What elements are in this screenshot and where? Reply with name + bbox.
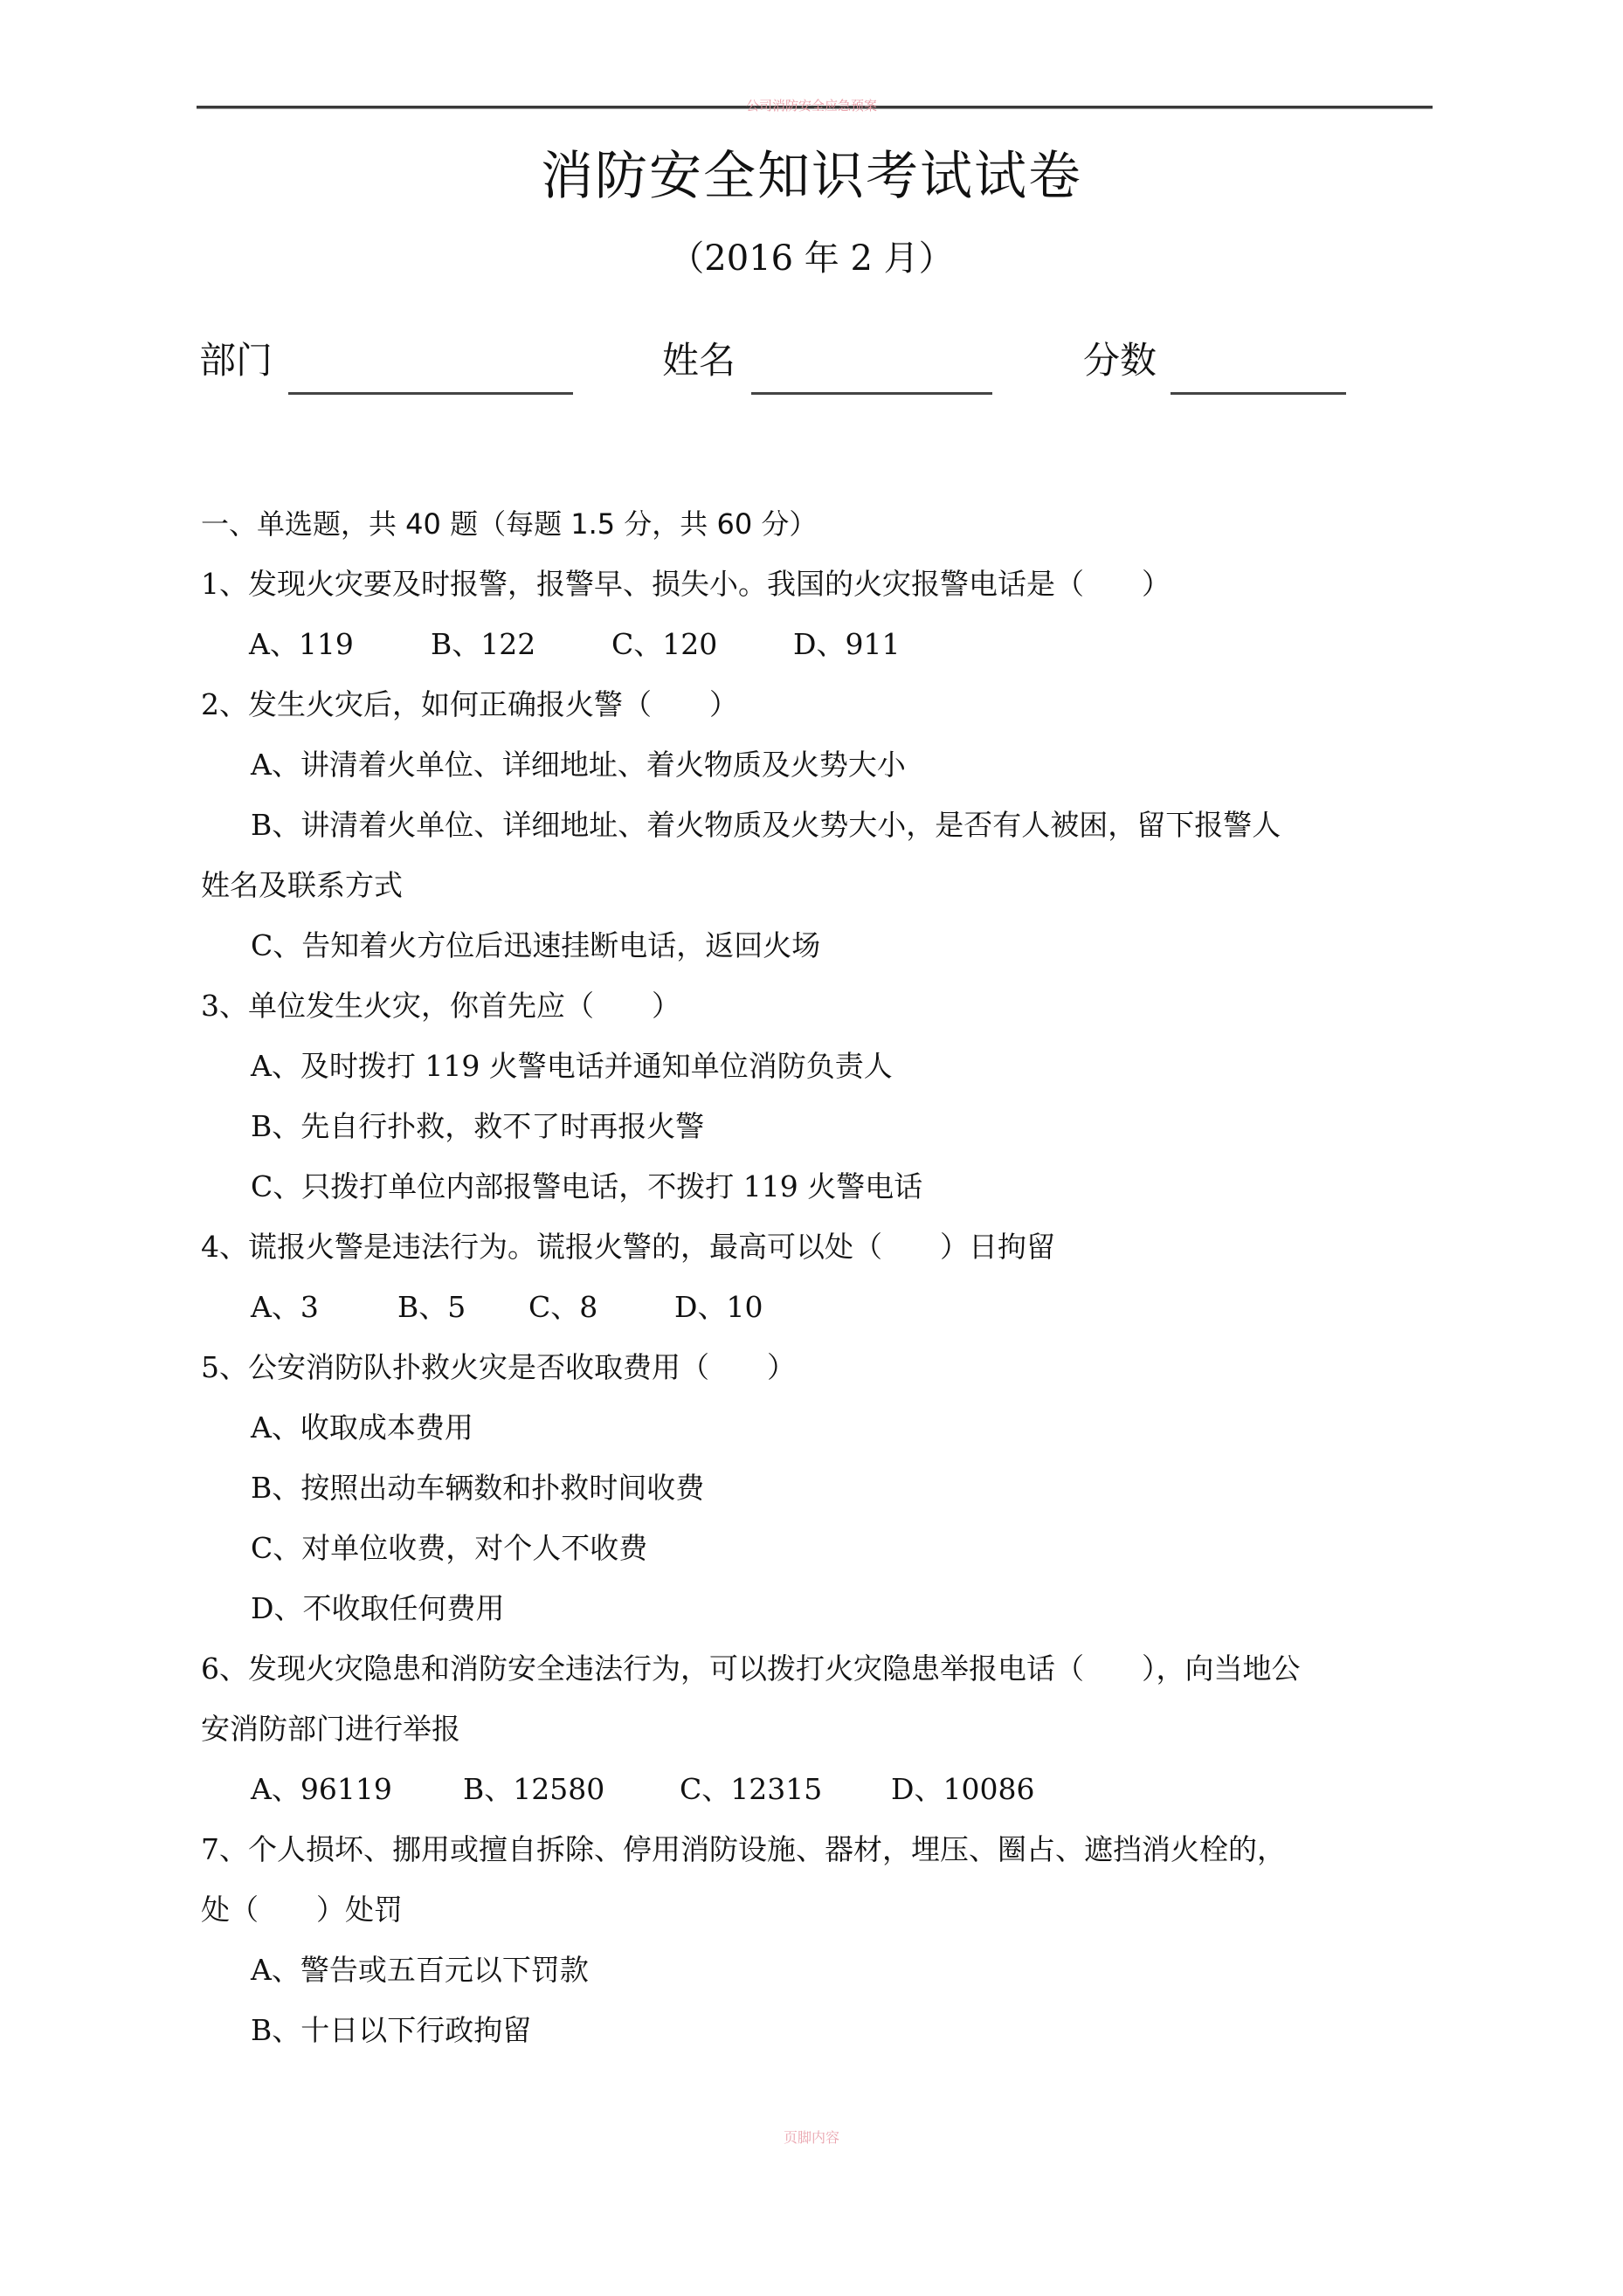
running-footer: 页脚内容	[0, 2128, 1623, 2148]
option-a: A、119	[249, 625, 354, 664]
option-b: B、5	[397, 1288, 466, 1327]
page-subtitle: （2016 年 2 月）	[0, 234, 1623, 283]
name-input-line[interactable]	[751, 392, 992, 395]
option-c: C、12315	[680, 1770, 822, 1809]
score-label: 分数	[1083, 336, 1157, 385]
option-c: C、只拨打单位内部报警电话，不拨打 119 火警电话	[251, 1168, 922, 1206]
question-1: 1、发现火灾要及时报警，报警早、损失小。我国的火灾报警电话是（ ）	[201, 565, 1171, 603]
page-title: 消防安全知识考试试卷	[0, 141, 1623, 211]
option-b: B、122	[431, 625, 535, 664]
option-b: B、十日以下行政拘留	[251, 2011, 531, 2050]
option-a: A、3	[251, 1288, 319, 1327]
option-d: D、911	[793, 625, 900, 664]
option-a: A、讲清着火单位、详细地址、着火物质及火势大小	[251, 746, 906, 784]
option-a: A、警告或五百元以下罚款	[251, 1951, 589, 1989]
option-b: B、讲清着火单位、详细地址、着火物质及火势大小，是否有人被困，留下报警人	[251, 806, 1281, 845]
question-7: 7、个人损坏、挪用或擅自拆除、停用消防设施、器材，埋压、圈占、遮挡消火栓的，	[201, 1831, 1286, 1869]
option-b: B、12580	[463, 1770, 604, 1809]
question-7-continuation: 处（ ）处罚	[201, 1891, 403, 1929]
score-input-line[interactable]	[1171, 392, 1346, 395]
option-d: D、10086	[891, 1770, 1034, 1809]
option-b-continuation: 姓名及联系方式	[201, 866, 403, 905]
option-c: C、8	[528, 1288, 597, 1327]
question-5: 5、公安消防队扑救火灾是否收取费用（ ）	[201, 1348, 796, 1387]
question-4: 4、谎报火警是违法行为。谎报火警的，最高可以处（ ）日拘留	[201, 1228, 1055, 1266]
option-a: A、及时拨打 119 火警电话并通知单位消防负责人	[251, 1047, 893, 1086]
question-3: 3、单位发生火灾，你首先应（ ）	[201, 987, 680, 1025]
name-label: 姓名	[662, 336, 736, 385]
option-b: B、先自行扑救，救不了时再报火警	[251, 1107, 704, 1146]
option-d: D、10	[674, 1288, 763, 1327]
option-c: C、120	[611, 625, 717, 664]
department-label: 部门	[199, 336, 273, 385]
question-2: 2、发生火灾后，如何正确报火警（ ）	[201, 686, 738, 724]
option-c: C、告知着火方位后迅速挂断电话，返回火场	[251, 927, 820, 965]
question-6: 6、发现火灾隐患和消防安全违法行为，可以拨打火灾隐患举报电话（ ），向当地公	[201, 1650, 1301, 1688]
option-a: A、收取成本费用	[251, 1409, 473, 1447]
option-c: C、对单位收费，对个人不收费	[251, 1529, 647, 1568]
running-header: 公司消防安全应急预案	[0, 96, 1623, 115]
department-input-line[interactable]	[288, 392, 573, 395]
question-6-continuation: 安消防部门进行举报	[201, 1710, 460, 1748]
exam-page: 公司消防安全应急预案 消防安全知识考试试卷 （2016 年 2 月） 部门 姓名…	[0, 0, 1623, 2296]
section-heading: 一、单选题，共 40 题（每题 1.5 分，共 60 分）	[201, 505, 817, 543]
option-a: A、96119	[251, 1770, 392, 1809]
option-d: D、不收取任何费用	[251, 1589, 504, 1628]
option-b: B、按照出动车辆数和扑救时间收费	[251, 1469, 704, 1507]
